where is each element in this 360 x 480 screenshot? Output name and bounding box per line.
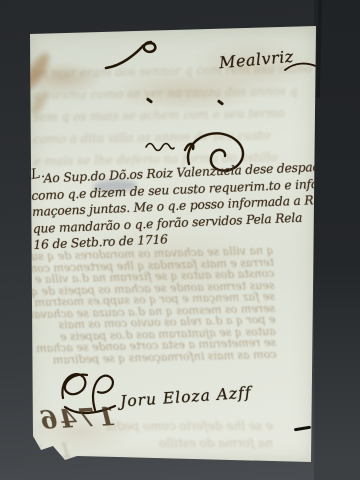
bleed-line: e por q a d.a rela os ouvio com os mais [33,314,275,332]
s-curl-flourish-icon [105,38,159,72]
bleed-line: seus termos aonde se acham os papeis de … [32,279,274,297]
ink-dash [294,426,311,432]
manuscript-page: im mur eram aos sennor q com rem asu man… [27,26,316,463]
bleed-line: serem os mesmos q na d.a cauza se achava… [33,302,275,320]
bleed-line: sem q os mais se achem com o seu termo [33,102,309,129]
bleed-line: autos q se ajuntaram aos d.os papeis e [34,325,276,343]
signature: Joru Eloza Azff [120,383,253,410]
reversed-docket-number: 1746 [37,402,116,435]
cloth-background-right [314,0,360,480]
bleed-through-block-top: im mur eram aos sennor q com rem asu man… [32,58,310,173]
bleed-line: terras e mais fazendas q lhe pertencem c… [32,256,274,274]
bleed-line: consta dos autos q se fizeram na d.a vil… [32,268,274,286]
bleed-line: se remeteram a esta corte aonde se acham [34,337,276,355]
ink-speck [146,97,153,104]
manuscript-photo: im mur eram aos sennor q com rem asu man… [0,0,360,480]
bleed-line: a mesma como se ver na cauza dos annos q [32,80,308,107]
ink-stain [28,89,49,117]
ink-speck [217,99,224,106]
ink-stain [18,50,53,95]
corner-inscription: Mealvriz [218,47,294,72]
bleed-line: se faz mençam e por q os supp.es mostram [33,291,275,309]
reversed-docket-ghost: L. b [30,438,71,466]
small-scribble-icon [145,140,175,152]
bleed-line: na forma do estillo [73,435,273,452]
bleed-line: com as mais informaçoens q se pediram [34,348,276,366]
bleed-through-block-middle: q na villa se achavam os moradores de q … [32,245,277,366]
corner-tail-flourish-icon [285,60,319,74]
main-text-block: Ao Sup.do Dõ.os Roiz Valenzuela dese des… [30,159,319,253]
